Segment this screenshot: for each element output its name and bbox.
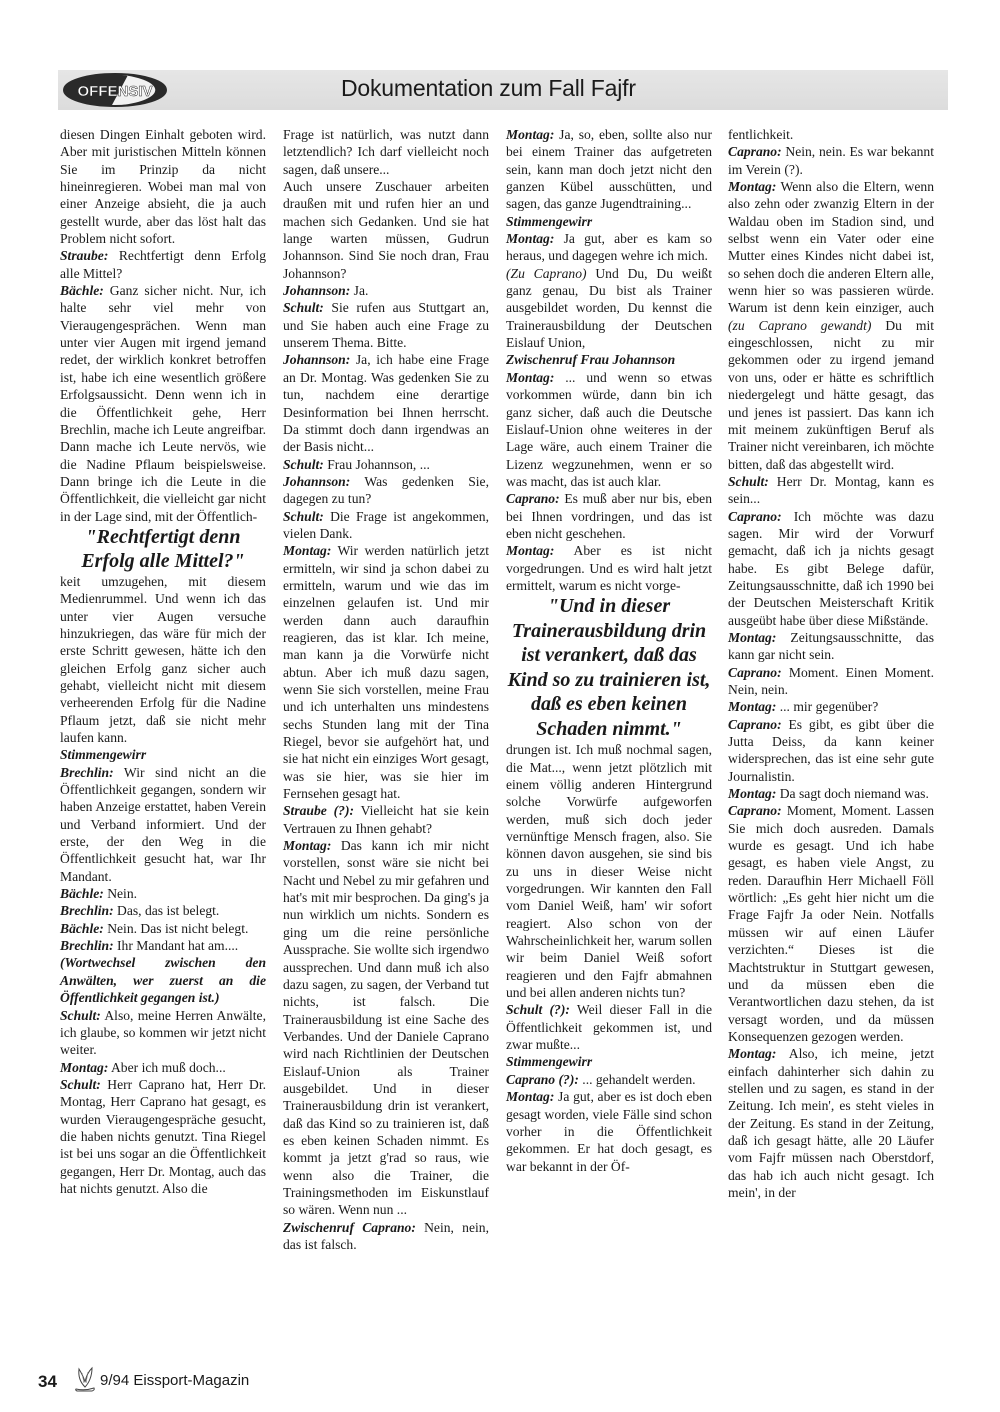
speaker-label: Schult (?):	[506, 1002, 570, 1017]
dialogue-line: Montag: Zeitungsausschnitte, das kann ga…	[728, 629, 934, 664]
stage-direction: Stimmengewirr	[60, 746, 266, 763]
speaker-label: Schult:	[728, 474, 769, 489]
speaker-label: Montag:	[506, 127, 554, 142]
speaker-label: Bächle:	[60, 886, 104, 901]
dialogue-text: Ich möchte was dazu sagen. Mir wird der …	[728, 509, 934, 628]
dialogue-line: Schult: Die Frage ist angekommen, vielen…	[283, 508, 489, 543]
page-header: OFFENSIV Dokumentation zum Fall Fajfr	[58, 70, 948, 110]
dialogue-line: Montag: Aber es ist nicht vorgedrungen. …	[506, 542, 712, 594]
dialogue-text: Nein. Das ist nicht belegt.	[104, 921, 249, 936]
page-title: Dokumentation zum Fall Fajfr	[341, 75, 636, 102]
aside-label: (zu Caprano gewandt)	[728, 318, 871, 333]
dialogue-text: Also, ich meine, jetzt einfach dahinterh…	[728, 1046, 934, 1200]
dialogue-line: Schult (?): Weil dieser Fall in die Öffe…	[506, 1001, 712, 1053]
paragraph: diesen Dingen Einhalt geboten wird. Aber…	[60, 126, 266, 247]
speaker-label: Caprano:	[728, 717, 782, 732]
paragraph: Frage ist natürlich, was nutzt dann letz…	[283, 126, 489, 178]
speaker-label: Caprano:	[728, 509, 782, 524]
dialogue-line: Johannson: Ja.	[283, 282, 489, 299]
magazine-issue: 9/94 Eissport-Magazin	[100, 1372, 249, 1389]
dialogue-text: Moment, Moment. Lassen Sie mich doch aus…	[728, 803, 934, 1043]
dialogue-line: Montag: ... mir gegenüber?	[728, 698, 934, 715]
dialogue-line: Montag: Das kann ich mir nicht vorstelle…	[283, 837, 489, 1219]
paragraph-text: Auch unsere Zuschauer arbeiten draußen m…	[283, 179, 489, 281]
dialogue-line: Montag: ... und wenn so etwas vorkommen …	[506, 369, 712, 490]
dialogue-line: Schult: Also, meine Herren Anwälte, ich …	[60, 1007, 266, 1059]
speaker-label: Montag:	[728, 786, 776, 801]
pull-quote: "Rechtfertigt denn Erfolg alle Mittel?"	[60, 525, 266, 573]
speaker-label: Montag:	[506, 231, 554, 246]
dialogue-line: Bächle: Ganz sicher nicht. Nur, ich halt…	[60, 282, 266, 525]
dialogue-text: Nein.	[104, 886, 137, 901]
speaker-label: Montag:	[728, 630, 776, 645]
speaker-label: Montag:	[728, 699, 776, 714]
logo-text: OFFENSIV	[77, 83, 152, 100]
speaker-label: Brechlin:	[60, 765, 114, 780]
stage-direction-text: Stimmengewirr	[506, 1054, 592, 1069]
paragraph-text: fentlichkeit.	[728, 127, 793, 142]
speaker-label: Johannson:	[283, 474, 350, 489]
dialogue-line: Montag: Wenn also die Eltern, wenn also …	[728, 178, 934, 473]
dialogue-line: Caprano (?): ... gehandelt werden.	[506, 1071, 712, 1088]
speaker-label: Johannson:	[283, 352, 350, 367]
dialogue-line: Bächle: Nein.	[60, 885, 266, 902]
speaker-label: Montag:	[728, 1046, 776, 1061]
dialogue-line: Caprano: Nein, nein. Es war bekannt im V…	[728, 143, 934, 178]
speaker-label: Montag:	[506, 1089, 554, 1104]
article-column-4: fentlichkeit. Caprano: Nein, nein. Es wa…	[728, 126, 934, 1201]
speaker-label: Montag:	[283, 838, 331, 853]
dialogue-text: ... und wenn so etwas vorkommen würde, d…	[506, 370, 712, 489]
speaker-label: Schult:	[60, 1077, 101, 1092]
dialogue-line: Straube (?): Vielleicht hat sie kein Ver…	[283, 802, 489, 837]
paragraph: fentlichkeit.	[728, 126, 934, 143]
dialogue-text: Ihr Mandant hat am....	[114, 938, 239, 953]
dialogue-text: Du mit eingeschlossen, nicht zu mir geko…	[728, 318, 934, 472]
dialogue-text: Wir werden natürlich jetzt ermitteln, wi…	[283, 543, 489, 801]
pull-quote: "Und in dieser Trainerausbildung drin is…	[506, 594, 712, 741]
speaker-label: Schult:	[283, 300, 324, 315]
speaker-label: Straube (?):	[283, 803, 354, 818]
stage-direction: Stimmengewirr	[506, 213, 712, 230]
article-column-1: diesen Dingen Einhalt geboten wird. Aber…	[60, 126, 266, 1197]
speaker-label: Bächle:	[60, 921, 104, 936]
dialogue-line: Montag: Da sagt doch niemand was.	[728, 785, 934, 802]
dialogue-line: Schult: Frau Johannson, ...	[283, 456, 489, 473]
paragraph-text: drungen ist. Ich muß nochmal sagen, die …	[506, 742, 712, 1000]
dialogue-line: Caprano: Moment. Einen Moment. Nein, nei…	[728, 664, 934, 699]
dialogue-line: Johannson: Ja, ich habe eine Frage an Dr…	[283, 351, 489, 455]
speaker-label: Schult:	[283, 509, 324, 524]
speaker-label: Montag:	[506, 370, 554, 385]
dialogue-line: Schult: Herr Caprano hat, Herr Dr. Monta…	[60, 1076, 266, 1197]
speaker-label: Schult:	[283, 457, 324, 472]
paragraph: Auch unsere Zuschauer arbeiten draußen m…	[283, 178, 489, 282]
dialogue-line: Brechlin: Ihr Mandant hat am....	[60, 937, 266, 954]
dialogue-line: Caprano: Ich möchte was dazu sagen. Mir …	[728, 508, 934, 629]
dialogue-text: Wir sind nicht an die Öffentlichkeit geg…	[60, 765, 266, 884]
stage-direction-text: (Wortwechsel zwischen den Anwälten, wer …	[60, 955, 266, 1005]
dialogue-text: ... gehandelt werden.	[579, 1072, 696, 1087]
dialogue-text: Wenn also die Eltern, wenn also zehn ode…	[728, 179, 934, 315]
speaker-label: Caprano:	[728, 144, 782, 159]
dialogue-line: Bächle: Nein. Das ist nicht belegt.	[60, 920, 266, 937]
skater-icon	[72, 1365, 98, 1393]
dialogue-line: Schult: Sie rufen aus Stuttgart an, und …	[283, 299, 489, 351]
speaker-label: Zwischenruf Caprano:	[283, 1220, 416, 1235]
dialogue-text: Frau Johannson, ...	[324, 457, 430, 472]
speaker-label: Montag:	[506, 543, 554, 558]
stage-direction-text: Stimmengewirr	[60, 747, 146, 762]
stage-direction: Zwischenruf Frau Johannson	[506, 351, 712, 368]
speaker-label: Montag:	[60, 1060, 108, 1075]
dialogue-text: Ganz sicher nicht. Nur, ich halte sehr v…	[60, 283, 266, 523]
paragraph-text: diesen Dingen Einhalt geboten wird. Aber…	[60, 127, 266, 246]
dialogue-line: Johannson: Was gedenken Sie, dagegen zu …	[283, 473, 489, 508]
aside-label: (Zu Caprano)	[506, 266, 587, 281]
stage-direction-text: Zwischenruf Frau Johannson	[506, 352, 675, 367]
dialogue-text: Das kann ich mir nicht vorstellen, sonst…	[283, 838, 489, 1217]
speaker-label: Caprano (?):	[506, 1072, 579, 1087]
article-column-3: Montag: Ja, so, eben, sollte also nur be…	[506, 126, 712, 1175]
stage-direction: Stimmengewirr	[506, 1053, 712, 1070]
dialogue-line: Brechlin: Wir sind nicht an die Öffentli…	[60, 764, 266, 885]
paragraph-text: Frage ist natürlich, was nutzt dann letz…	[283, 127, 489, 177]
speaker-label: Johannson:	[283, 283, 350, 298]
speaker-label: Schult:	[60, 1008, 101, 1023]
dialogue-text: Ja, ich habe eine Frage an Dr. Montag. W…	[283, 352, 489, 454]
speaker-label: Caprano:	[506, 491, 560, 506]
dialogue-line: Caprano: Es muß aber nur bis, eben bei I…	[506, 490, 712, 542]
stage-direction-text: Stimmengewirr	[506, 214, 592, 229]
dialogue-line: Montag: Also, ich meine, jetzt einfach d…	[728, 1045, 934, 1201]
article-column-2: Frage ist natürlich, was nutzt dann letz…	[283, 126, 489, 1253]
dialogue-text: Ja.	[350, 283, 368, 298]
paragraph: drungen ist. Ich muß nochmal sagen, die …	[506, 741, 712, 1001]
offensiv-logo-icon: OFFENSIV	[62, 72, 168, 108]
speaker-label: Bächle:	[60, 283, 104, 298]
dialogue-line: Zwischenruf Caprano: Nein, nein, das ist…	[283, 1219, 489, 1254]
speaker-label: Caprano:	[728, 803, 782, 818]
paragraph-text: keit umzugehen, mit diesem Medienrummel.…	[60, 574, 266, 745]
dialogue-line: Montag: Ja, so, eben, sollte also nur be…	[506, 126, 712, 213]
dialogue-line: Montag: Ja gut, aber es kam so heraus, u…	[506, 230, 712, 265]
speaker-label: Caprano:	[728, 665, 782, 680]
dialogue-text: Herr Caprano hat, Herr Dr. Montag, Herr …	[60, 1077, 266, 1196]
dialogue-text: Das, das ist belegt.	[114, 903, 220, 918]
dialogue-text: Aber ich muß doch...	[108, 1060, 225, 1075]
paragraph: keit umzugehen, mit diesem Medienrummel.…	[60, 573, 266, 746]
speaker-label: Montag:	[283, 543, 331, 558]
page-number: 34	[38, 1372, 57, 1392]
dialogue-line: Straube: Rechtfertigt denn Erfolg alle M…	[60, 247, 266, 282]
dialogue-line: Schult: Herr Dr. Montag, kann es sein...	[728, 473, 934, 508]
dialogue-line: Brechlin: Das, das ist belegt.	[60, 902, 266, 919]
dialogue-text: ... mir gegenüber?	[776, 699, 878, 714]
speaker-label: Brechlin:	[60, 938, 114, 953]
dialogue-line: Montag: Ja gut, aber es ist doch eben ge…	[506, 1088, 712, 1175]
dialogue-line: (Zu Caprano) Und Du, Du weißt ganz genau…	[506, 265, 712, 352]
speaker-label: Brechlin:	[60, 903, 114, 918]
dialogue-line: Montag: Aber ich muß doch...	[60, 1059, 266, 1076]
dialogue-line: Caprano: Moment, Moment. Lassen Sie mich…	[728, 802, 934, 1045]
dialogue-line: Montag: Wir werden natürlich jetzt ermit…	[283, 542, 489, 802]
speaker-label: Straube:	[60, 248, 108, 263]
dialogue-line: Caprano: Es gibt, es gibt über die Jutta…	[728, 716, 934, 785]
dialogue-text: Da sagt doch niemand was.	[776, 786, 929, 801]
speaker-label: Montag:	[728, 179, 776, 194]
stage-direction: (Wortwechsel zwischen den Anwälten, wer …	[60, 954, 266, 1006]
